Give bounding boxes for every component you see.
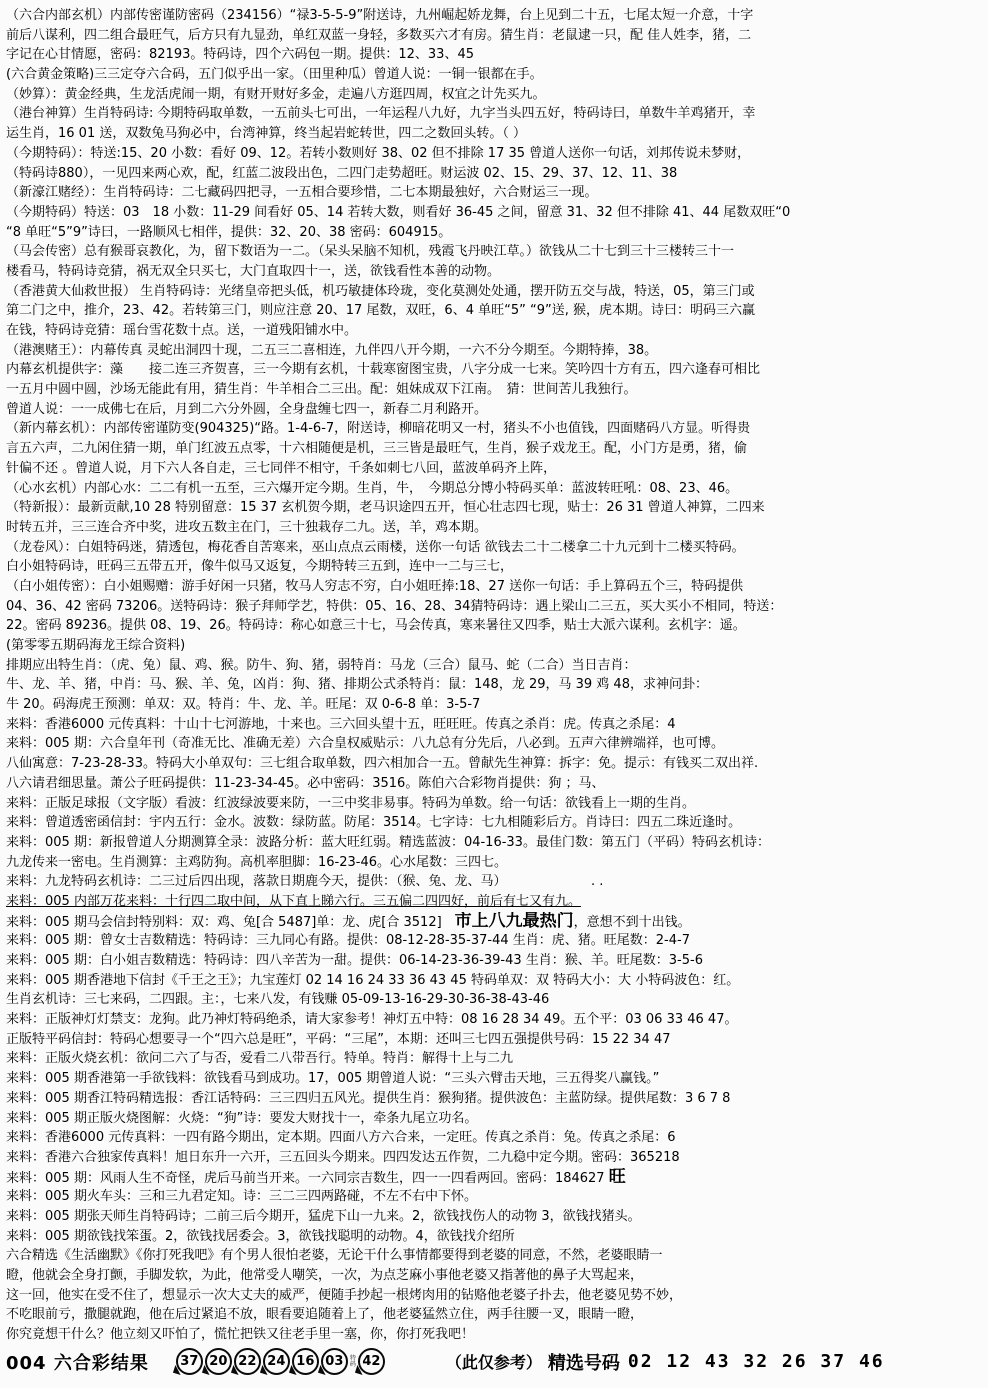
ball-tail-icon (173, 1365, 183, 1375)
lottery-ball: 03 (321, 1348, 348, 1375)
text-line: 八仙寓意：7-23-28-33。特码大小单双句：三七组合取单数，四六相加合一五。… (6, 754, 982, 774)
text-line: 来料：005 期：六合皇年刊（奇准无比、准确无差）六合皇权威贴示：八九总有分先后… (6, 734, 982, 754)
text-line: 运生肖，16 01 送，双数兔马狗必中，台湾神算，终当起岩蛇转世，四二之数回头转… (6, 124, 982, 144)
text-line: 一五月中圆中圆，沙场无能此有用，猜生肖：牛羊相合二三出。配：姐妹成双下江南。 猜… (6, 380, 982, 400)
text-line: （六合内部玄机）内部传密谨防密码（234156）“禄3-5-5-9”附送诗，九州… (6, 6, 982, 26)
lottery-ball: 16 (292, 1348, 319, 1375)
lottery-tipsheet-page: （六合内部玄机）内部传密谨防密码（234156）“禄3-5-5-9”附送诗，九州… (0, 0, 988, 1388)
text-line: （龙卷风）：白姐特码迷，猜透包，梅花香自苦寒来，巫山点点云雨楼，送你一句话 欲钱… (6, 538, 982, 558)
text-line: 九龙传来一密电。生肖测算：主鸡防狗。高机率胆脚：16-23-46。心水尾数：三四… (6, 853, 982, 873)
text-line: （白小姐传密）：白小姐赐赠：游手好闲一只猪，牧马人穷志不穷，白小姐旺捧:18、2… (6, 577, 982, 597)
lottery-ball: 20 (205, 1348, 232, 1375)
text-line: （港澳赌王）：内幕传真 灵蛇出洞四十现，二五三二喜相连，九伴四八开今期，一六不分… (6, 341, 982, 361)
text-line: 白小姐特码诗，旺码三五带五开，像牛似马又返复，今期特转三五到，连中一二与三七， (6, 557, 982, 577)
reference-note: （此仅参考） (446, 1350, 542, 1373)
text-line: 前后八谋利，四二组合最旺气，后方只有九显劲，单红双蓝一身轻，多数买六才有房。猜生… (6, 26, 982, 46)
lottery-ball: 24 (263, 1348, 290, 1375)
text-line: 针偏不还 。曾道人说，月下六人各自走，三七同伴不相守，千条如刺七八回，蓝波单码齐… (6, 459, 982, 479)
text-line: 来料：005 期香港第一手欲钱料：欲钱看马到成功。17，005 期曾道人说：“三… (6, 1069, 982, 1089)
text-line: 时转五并，三三连合齐中奖，进攻五数主在门，三十独栽存二九。送，羊，鸡本期。 (6, 518, 982, 538)
ball-tail-icon (260, 1365, 270, 1375)
text-line: （香港黄大仙救世报） 生肖特码诗：光绪皇帝把头低，机巧敏捷体玲珑，变化莫测处处通… (6, 282, 982, 302)
text-line: 牛 20。码海虎王预测：单双：双。特肖：牛、龙、羊。旺尾：双 0-6-8 单：3… (6, 695, 982, 715)
text-line: 曾道人说：一一成佛七在后，月到二六分外圆，全身盘缠七四一，新春二月利路开。 (6, 400, 982, 420)
text-line: 正版特平码信封：特码心想要寻一个“四六总是旺”，平码：“三尾”，本期：还叫三七四… (6, 1030, 982, 1050)
text-line: （妙算）：黄金经典，生龙活虎闹一期，有财开财好多金，走遍八方逛四周，权宜之计先买… (6, 85, 982, 105)
tipsheet-text-block: （六合内部玄机）内部传密谨防密码（234156）“禄3-5-5-9”附送诗，九州… (6, 6, 982, 1345)
ball-tail-icon (202, 1365, 212, 1375)
ball-tail-icon (289, 1365, 299, 1375)
text-line: 来料：005 期香江特码精选报：香江话特码：三三四归五风光。提供生肖：猴狗猪。提… (6, 1089, 982, 1109)
text-line: 来料：005 期马会信封特别料：双：鸡、兔[合 5487]单：龙、虎[合 351… (6, 912, 982, 932)
text-line: 来料：005 内部万花来料：十行四二取中间，从下直上睇六行。三五偏二四四好，前后… (6, 892, 982, 912)
text-line: 生肖玄机诗：三七来码，二四跟。主：，七来八发，有钱赚 05-09-13-16-2… (6, 990, 982, 1010)
text-line: （特码诗880），一见四来两心欢，配，红蓝二波段出色，二四门走势超旺。财运波 0… (6, 164, 982, 184)
text-line: 来料：005 期正版火烧图解：火烧：“狗”诗：要发大财找十一，牵条九尾立功名。 (6, 1109, 982, 1129)
text-line: 字记在心甘情愿，密码：82193。特码诗，四个六码包一期。提供：12、33、45 (6, 45, 982, 65)
text-line: 来料：005 期：风雨人生不奇怪，虎后马前当开来。一六同宗吉数生，四一一四看两回… (6, 1168, 982, 1188)
drawn-numbers: 372022241603特码42 (175, 1348, 386, 1375)
text-line: 来料：005 期张天师生肖特码诗；二前三后今期开，猛虎下山一九来。2，欲钱找伤人… (6, 1207, 982, 1227)
lottery-ball: 37 (176, 1348, 203, 1375)
text-line: 瞪，他就会全身打颤，手脚发软，为此，他常受人嘲笑，一次，为点芝麻小事他老婆又指著… (6, 1266, 982, 1286)
picks-numbers: 02 12 43 32 26 37 46 (628, 1351, 885, 1372)
text-line: 你究竟想干什么？他立刻又吓怕了，慌忙把铁又往老手里一塞，你，你打死我吧！ (6, 1325, 982, 1345)
lottery-ball: 42 (358, 1348, 385, 1375)
text-line: 来料：正版神灯灯禁支：龙狗。此乃神灯特码绝杀，请大家参考！神灯五中特：08 16… (6, 1010, 982, 1030)
text-line: 不吃眼前亏，撒腿就跑，他在后过紧追不放，眼看要追随着上了，他老婆猛然立住，两手往… (6, 1305, 982, 1325)
text-line: “8 单旺“5”9”诗曰，一路顺风七相伴，提供：32、20、38 密码：6049… (6, 223, 982, 243)
text-line: 来料：005 期火车头：三和三九君定知。诗：三二三四两路碰，不左不右中下怀。 (6, 1187, 982, 1207)
text-line: （今期特码）：特送:15、20 小数：看好 09、12。若转小数则好 38、02… (6, 144, 982, 164)
text-line: 来料：005 期欲钱找笨蛋。2，欲钱找居委会。3，欲钱找聪明的动物。4，欲钱找介… (6, 1227, 982, 1247)
text-line: 排期应出特生肖：（虎、兔）鼠、鸡、猴。防牛、狗、猪，弱特肖：马龙（三合）鼠马、蛇… (6, 656, 982, 676)
text-line: 22。密码 89236。提供 08、19、26。特码诗：称心如意三十七，马会传真… (6, 616, 982, 636)
text-line: 来料：005 期：曾女士吉数精选：特码诗：三九同心有路。提供：08-12-28-… (6, 931, 982, 951)
ball-tail-icon (318, 1365, 328, 1375)
text-line: （新内幕玄机）：内部传密谨防变(904325)“路。1-4-6-7，附送诗，柳暗… (6, 419, 982, 439)
text-line: （特新报）：最新贡献,10 28 特别留意：15 37 玄机贺今期，老马识途四五… (6, 498, 982, 518)
text-line: 这一回，他实在受不住了，想显示一次大丈夫的威严，便随手抄起一根烤肉用的钻赂他老婆… (6, 1286, 982, 1306)
text-line: 来料：005 期：白小姐吉数精选：特码诗：四八辛苦为一甜。提供：06-14-23… (6, 951, 982, 971)
text-line: 来料：香港六合独家传真料！旭日东升一六开，三五回头今期来。四四发达五作贺，二九稳… (6, 1148, 982, 1168)
ball-tail-icon (355, 1365, 365, 1375)
result-issue-label: 004 六合彩结果 (6, 1349, 149, 1375)
text-line: 在钱，特码诗竞猜：瑶台雪花数十点。送，一道残阳铺水中。 (6, 321, 982, 341)
text-line: （港台神算）生肖特码诗: 今期特码取单数，一五前头七可出，一年运程八九好，九字当… (6, 104, 982, 124)
result-row: 004 六合彩结果 372022241603特码42 （此仅参考） 精选号码 0… (6, 1347, 982, 1377)
text-line: （新濠江赌经）：生肖特码诗：二七藏码四把寻，一五相合要珍惜，二七本期最独好，六合… (6, 183, 982, 203)
text-line: 言五六声，二九闲住猜一期，单门红波五点零，十六相随便是机，三三皆是最旺气，生肖，… (6, 439, 982, 459)
lottery-ball: 22 (234, 1348, 261, 1375)
text-line: 04、36、42 密码 73206。送特码诗：猴子拜师学艺，特供：05、16、2… (6, 597, 982, 617)
text-line: 楼看马，特码诗竞猜，祸无双全只买七，大门直取四十一，送，欲钱看性本善的动物。 (6, 262, 982, 282)
text-line: 第二门之中，推介，23、42。若转第三门，则应注意 20、17 尾数，双旺，6、… (6, 301, 982, 321)
text-line: (第零零五期码海龙王综合资料) (6, 636, 982, 656)
text-line: （今期特码）特送：03 18 小数：11-29 间看好 05、14 若转大数，则… (6, 203, 982, 223)
special-number-separator: 特码 (350, 1356, 356, 1368)
text-line: 八六请君细思量。萧公子旺码提供：11-23-34-45。必中密码：3516。陈伯… (6, 774, 982, 794)
text-line: 来料：005 期香港地下信封《千王之王》；九宝莲灯 02 14 16 24 33… (6, 971, 982, 991)
text-line: （心水玄机）内部心水：二二有机一五至，三六爆开定今期。生肖，牛， 今期总分博小特… (6, 479, 982, 499)
text-line: 来料：正版足球报（文字版）看波：红波绿波要来防，一三中奖非易事。特码为单数。给一… (6, 794, 982, 814)
text-line: 内幕玄机提供字：藻 接二连三齐贺喜，三一今期有玄机，十载寒窗图宝贵，八字分成一七… (6, 360, 982, 380)
text-line: 牛、龙、羊、猪，中肖：马、猴、羊、兔，凶肖：狗、猪、排期公式杀特肖：鼠：148，… (6, 675, 982, 695)
ball-tail-icon (231, 1365, 241, 1375)
text-line: 来料：香港6000 元传真料：一四有路今期出，定本期。四面八方六合来，一定旺。传… (6, 1128, 982, 1148)
picks-label: 精选号码 (548, 1349, 620, 1375)
text-line: 六合精选《生活幽默》《你打死我吧》有个男人很怕老婆，无论干什么事情都要得到老婆的… (6, 1246, 982, 1266)
text-line: 来料：九龙特码玄机诗：二三过后四出现，落款日期鹿今天，提供：（猴、兔、龙、马） … (6, 872, 982, 892)
text-line: 来料：曾道透密函信封：宇内五行：金水。波数：绿防蓝。防尾：3514。七字诗：七九… (6, 813, 982, 833)
text-line: 来料：005 期：新报曾道人分期测算全录：波路分析：蓝大旺红弱。精选蓝波：04-… (6, 833, 982, 853)
text-line: 来料：正版火烧玄机：欲问二六了与否，爱看二八带吾行。特单。特肖：解得十上与二九 (6, 1049, 982, 1069)
text-line: 来料：香港6000 元传真料：十山十七河游地，十来也。三六回头望十五，旺旺旺。传… (6, 715, 982, 735)
text-line: (六合黄金策略)三三定夺六合码，五门似乎出一家。（田里种瓜）曾道人说：一铜一银都… (6, 65, 982, 85)
text-line: （马会传密）总有猴哥哀教化，为，留下数语为一二。（呆头呆脑不知机，残霞飞丹映江草… (6, 242, 982, 262)
